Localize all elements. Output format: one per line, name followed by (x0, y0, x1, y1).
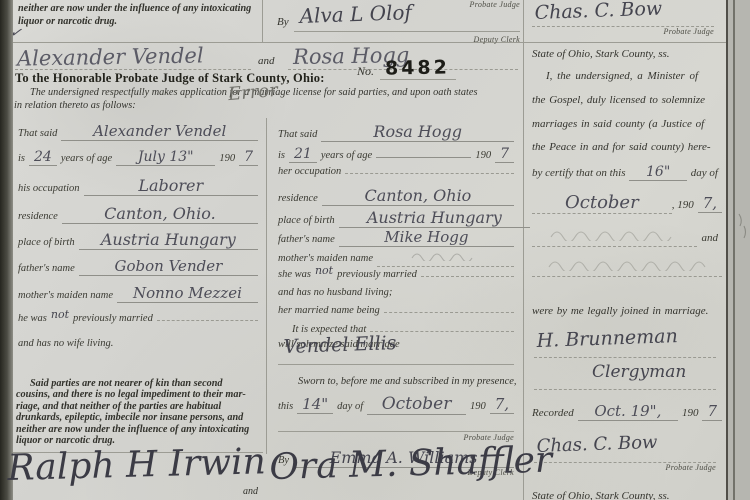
groom-date-field: July 13" (116, 149, 215, 166)
probate-judge-label-right: Probate Judge (602, 27, 714, 36)
he-was-label: he was (18, 313, 47, 324)
page-right-edge-line (733, 0, 735, 500)
faint-scribble (410, 251, 480, 261)
year-printed: 190 (475, 150, 491, 161)
pencil-marks (736, 212, 748, 242)
years-of-age-label: years of age (321, 150, 372, 161)
groom-name-written: Alexander Vendel (17, 43, 204, 70)
bride-mother-row: mother's maiden name (278, 248, 514, 267)
joined-line: were by me legally joined in marriage. (532, 305, 708, 317)
day-of-label: day of (691, 167, 718, 179)
she-was-label: she was (278, 269, 311, 280)
error-annotation: Error (227, 80, 278, 105)
bride-age-field: 21 (289, 146, 317, 163)
is-label: is (278, 150, 285, 161)
groom-occupation-field: Laborer (84, 176, 258, 196)
bride-name-field: Rosa Hogg (321, 122, 514, 142)
groom-name-row: That said Alexander Vendel (18, 122, 258, 141)
certify-date-row: by certify that on this 16" day of (532, 164, 722, 181)
groom-name-field: Alexander Vendel (61, 122, 258, 141)
bride-year-field: 7 (495, 146, 514, 163)
salutation: To the Honorable Probate Judge of Stark … (15, 71, 325, 86)
place-of-birth-label: place of birth (278, 215, 335, 226)
year-printed: 190 (682, 407, 699, 419)
affidavit-line3: riage, and that neither of the parties a… (16, 401, 221, 413)
bride-father-row: father's name Mike Hogg (278, 228, 514, 247)
certificate-line4: the Peace in and for said county) here- (532, 141, 711, 153)
day-of-label: day of (337, 401, 363, 412)
page-right-edge (726, 0, 750, 500)
groom-mother-row: mother's maiden name Nonno Mezzei (18, 284, 258, 303)
no-husband-line: and has no husband living; (278, 287, 392, 298)
sworn-date-row: this 14" day of October 190 7, (278, 394, 514, 415)
recorded-year-field: 7 (702, 402, 722, 421)
expected-row: It is expected that (292, 324, 514, 335)
minister-title-rule (534, 388, 716, 390)
year-printed: 190 (219, 153, 235, 164)
probate-judge-label-bottom: Probate Judge (610, 463, 716, 472)
previously-married-label: previously married (73, 313, 153, 324)
solemnize-rule (278, 364, 514, 365)
groom-year-field: 7 (239, 149, 258, 166)
not-written: not (51, 308, 69, 321)
years-of-age-label: years of age (61, 153, 112, 164)
and-label: and (258, 55, 275, 67)
not-written: not (315, 264, 333, 277)
certificate-month-row: October , 190 7, (532, 192, 722, 214)
groom-birthplace-field: Austria Hungary (79, 230, 258, 250)
faint-groom-name-row: and (532, 228, 722, 247)
check-mark: ✓ (9, 24, 23, 41)
previously-married-label: previously married (337, 269, 417, 280)
certificate-line3: marriages in said county (a Justice of (532, 118, 704, 130)
record-number-label: No. (357, 64, 374, 79)
faint-name-scribble (549, 229, 679, 241)
application-intro-line2: in relation thereto as follows: (14, 100, 136, 111)
residence-label: residence (18, 211, 58, 222)
sworn-day-field: 14" (297, 395, 333, 414)
state-line: State of Ohio, Stark County, ss. (532, 48, 670, 60)
affidavit-line2: cousins, and there is no legal impedimen… (16, 389, 246, 401)
groom-age-row: is 24 years of age July 13" 190 7 (18, 149, 258, 166)
that-said-label: That said (278, 129, 317, 140)
affidavit-line5: neither are now under the influence of a… (16, 424, 249, 436)
mothers-maiden-name-label: mother's maiden name (18, 290, 113, 301)
is-label: is (18, 153, 25, 164)
this-label: this (278, 401, 293, 412)
bride-birthplace-field: Austria Hungary (339, 208, 530, 228)
bride-prev-married-row: she was not previously married (278, 267, 514, 280)
fathers-name-label: father's name (18, 263, 75, 274)
groom-mother-field: Nonno Mezzei (117, 284, 258, 303)
deputy-clerk-label-top: Deputy Clerk (430, 35, 520, 44)
column-rule-top (262, 0, 263, 42)
probate-judge-label-top: Probate Judge (420, 0, 520, 9)
groom-age-field: 24 (29, 149, 57, 166)
bride-birthplace-row: place of birth Austria Hungary (278, 208, 530, 228)
probate-judge-signature: Chas. C. Bow (536, 432, 657, 457)
occupation-label: her occupation (278, 166, 341, 177)
groom-occupation-row: his occupation Laborer (18, 176, 258, 196)
affidavit-line4: drunkards, epileptic, imbecile nor insan… (16, 412, 243, 424)
certificate-month-field: October (532, 192, 672, 214)
groom-birthplace-row: place of birth Austria Hungary (18, 230, 258, 250)
married-name-row: her married name being (278, 305, 514, 316)
faint-bride-name-row (532, 258, 722, 277)
and-label: and (702, 232, 719, 244)
and-label-bottom: and (243, 486, 258, 497)
book-binding-edge (0, 0, 13, 500)
certificate-line1: I, the undersigned, a Minister of (546, 70, 698, 82)
bride-name-row: That said Rosa Hogg (278, 122, 514, 142)
sworn-year-field: 7, (490, 395, 514, 414)
occupation-label: his occupation (18, 183, 80, 194)
no-wife-line: and has no wife living. (18, 338, 113, 349)
solemnizer-written: Vendel Ellis (283, 332, 397, 358)
bride-residence-field: Canton, Ohio (322, 186, 514, 206)
next-groom-signature: Ralph H Irwin (7, 441, 266, 489)
probate-judge-signature-top: Chas. C. Bow (534, 0, 662, 24)
sworn-line: Sworn to, before me and subscribed in my… (298, 376, 517, 387)
fathers-name-label: father's name (278, 234, 335, 245)
faint-name-scribble (547, 259, 707, 271)
year-printed: , 190 (672, 199, 694, 211)
number-rule (380, 79, 456, 80)
groom-residence-field: Canton, Ohio. (62, 204, 258, 224)
column-rule-left (266, 118, 267, 454)
certificate-line2: the Gospel, duly licensed to solemnize (532, 94, 705, 106)
place-of-birth-label: place of birth (18, 237, 75, 248)
prev-clause-line2: liquor or narcotic drug. (18, 16, 117, 28)
bride-father-field: Mike Hogg (339, 228, 514, 247)
bride-residence-row: residence Canton, Ohio (278, 186, 514, 206)
record-number: 8482 (385, 56, 450, 79)
bride-age-row: is 21 years of age 190 7 (278, 146, 514, 163)
signature-rule (294, 31, 520, 32)
judge-sign-rule (278, 431, 514, 432)
groom-residence-row: residence Canton, Ohio. (18, 204, 258, 224)
minister-title-written: Clergyman (592, 362, 686, 382)
that-said-label: That said (18, 128, 57, 139)
married-name-label: her married name being (278, 305, 380, 316)
affidavit-line1: Said parties are not nearer of kin than … (30, 378, 222, 390)
next-state-line: State of Ohio, Stark County, ss. (532, 490, 670, 500)
next-bride-signature: Ora M. Shaffler (269, 440, 553, 488)
bride-occupation-row: her occupation (278, 166, 514, 177)
groom-father-row: father's name Gobon Vender (18, 257, 258, 276)
mothers-maiden-name-label: mother's maiden name (278, 253, 373, 264)
recorded-date-field: Oct. 19", (578, 402, 678, 421)
certificate-year-field: 7, (698, 194, 722, 213)
recorded-row: Recorded Oct. 19", 190 7 (532, 402, 722, 421)
by-label-top: By (277, 16, 289, 28)
sworn-month-field: October (367, 394, 466, 415)
certificate-day-field: 16" (629, 164, 686, 181)
certify-label: by certify that on this (532, 167, 625, 179)
column-rule-right (523, 0, 524, 500)
residence-label: residence (278, 193, 318, 204)
prev-clause-line1: neither are now under the influence of a… (18, 3, 251, 15)
recorded-label: Recorded (532, 407, 574, 419)
minister-sign-rule (534, 356, 716, 358)
minister-signature: H. Brunneman (536, 325, 678, 352)
year-printed: 190 (470, 401, 486, 412)
name-rule (15, 68, 251, 70)
groom-father-field: Gobon Vender (79, 257, 258, 276)
groom-prev-married-row: he was not previously married (18, 311, 258, 324)
deputy-clerk-signature-top: Alva L Olof (299, 0, 412, 28)
marriage-record-page: neither are now under the influence of a… (0, 0, 750, 500)
